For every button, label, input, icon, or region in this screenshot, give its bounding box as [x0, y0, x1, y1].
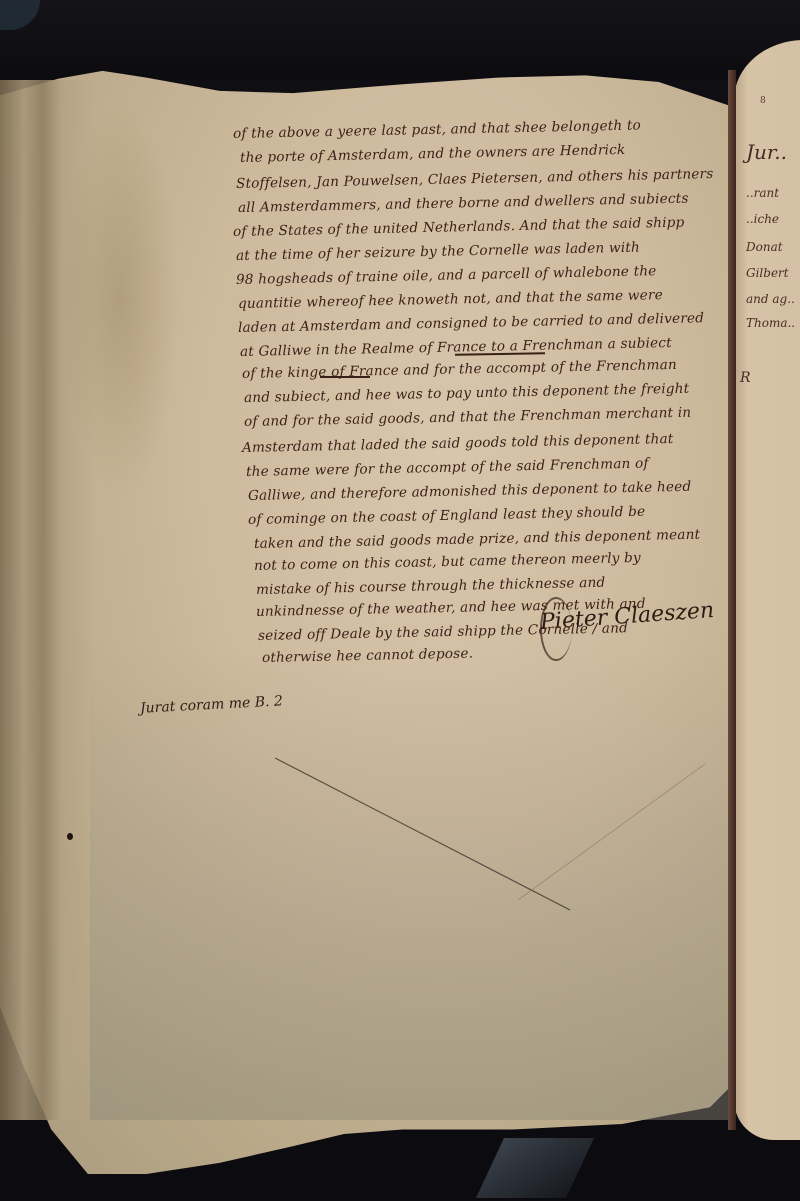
paper-shading — [90, 650, 730, 1120]
right-page-fragment: Jur.. — [746, 140, 787, 164]
right-page-fragment: ..rant — [746, 186, 779, 200]
right-page-fragment: Donat — [746, 240, 783, 254]
water-stain — [60, 100, 180, 500]
right-page-fragment: Thoma.. — [746, 316, 795, 330]
book-gutter — [728, 70, 736, 1130]
right-page-mark: R — [740, 370, 751, 386]
struck-through-word — [320, 376, 370, 378]
right-page-fragment: ..iche — [746, 212, 779, 226]
right-facing-page: Jur.. ..rant ..iche Donat Gilbert and ag… — [734, 40, 800, 1140]
folio-number: 8 — [760, 96, 766, 106]
right-page-fragment: Gilbert — [746, 266, 789, 280]
worm-hole — [67, 833, 73, 840]
dark-background-top — [0, 0, 800, 80]
right-page-fragment: and ag.. — [746, 292, 795, 306]
